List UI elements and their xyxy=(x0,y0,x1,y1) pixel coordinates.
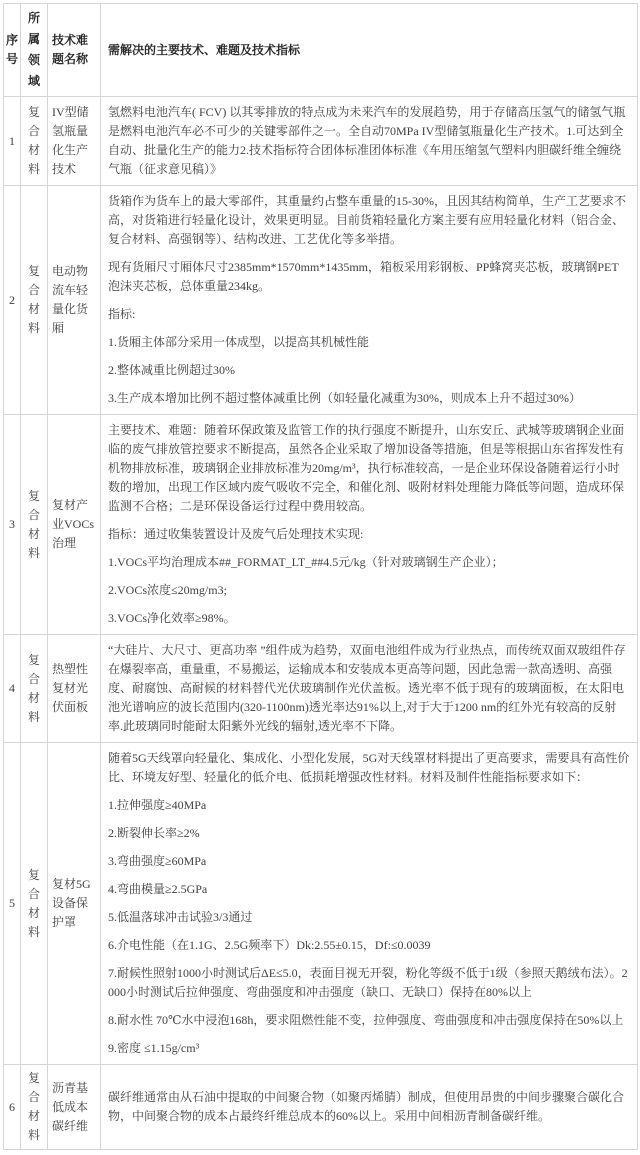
table-row-1: 1 复合材料 IV型储氢瓶量化生产技术 氢燃料电池汽车( FCV) 以其零排放的… xyxy=(4,97,638,186)
technical-difficulties-table: 序号 所属领域 技术难题名称 需解决的主要技术、难题及技术指标 1 复合材料 I… xyxy=(3,3,638,1150)
header-serial-number: 序号 xyxy=(4,4,21,97)
table-row-4: 4 复合材料 热塑性复材光伏面板 “大硅片、大尺寸、更高功率 ”组件成为趋势，双… xyxy=(4,635,638,743)
table-row-3: 3 复合材料 复材产业VOCs治理 主要技术、难题：随着环保政策及监管工作的执行… xyxy=(4,415,638,635)
paragraph: 6.介电性能（在1.1G、2.5G频率下）Dk:2.55±0.15，Df:≤0.… xyxy=(108,936,630,955)
paragraph: 氢燃料电池汽车( FCV) 以其零排放的特点成为未来汽车的发展趋势，用于存储高压… xyxy=(108,103,630,179)
paragraph: 2.整体减重比例超过30% xyxy=(108,361,630,380)
table-header-row: 序号 所属领域 技术难题名称 需解决的主要技术、难题及技术指标 xyxy=(4,4,638,97)
table-row-6: 6 复合材料 沥青基低成本碳纤维 碳纤维通常由从石油中提取的中间聚合物（如聚丙烯… xyxy=(4,1065,638,1150)
serial-number-cell: 4 xyxy=(4,635,21,743)
requirements-cell: 主要技术、难题：随着环保政策及监管工作的执行强度不断提升，山东安丘、武城等玻璃钢… xyxy=(101,415,638,635)
requirements-cell: 氢燃料电池汽车( FCV) 以其零排放的特点成为未来汽车的发展趋势，用于存储高压… xyxy=(101,97,638,186)
serial-number-cell: 2 xyxy=(4,186,21,415)
field-cell: 复合材料 xyxy=(21,415,48,635)
document-page: 序号 所属领域 技术难题名称 需解决的主要技术、难题及技术指标 1 复合材料 I… xyxy=(0,0,640,1155)
field-cell: 复合材料 xyxy=(21,635,48,743)
paragraph: 随着5G天线罩向轻量化、集成化、小型化发展，5G对天线罩材料提出了更高要求，需要… xyxy=(108,749,630,787)
serial-number-cell: 3 xyxy=(4,415,21,635)
paragraph: 8.耐水性 70℃水中浸泡168h，要求阻燃性能不变，拉伸强度、弯曲强度和冲击强… xyxy=(108,1011,630,1030)
paragraph: 货箱作为货车上的最大零部件，其重量约占整车重量的15-30%，且因其结构简单，生… xyxy=(108,192,630,249)
topic-name-cell: IV型储氢瓶量化生产技术 xyxy=(48,97,101,186)
paragraph: 3.生产成本增加比例不超过整体减重比例（如轻量化减重为30%，则成本上升不超过3… xyxy=(108,389,630,408)
requirements-cell: 随着5G天线罩向轻量化、集成化、小型化发展，5G对天线罩材料提出了更高要求，需要… xyxy=(101,743,638,1065)
paragraph: 5.低温落球冲击试验3/3通过 xyxy=(108,908,630,927)
paragraph: 2.断裂伸长率≥2% xyxy=(108,824,630,843)
topic-name-cell: 热塑性复材光伏面板 xyxy=(48,635,101,743)
topic-name-cell: 复材5G设备保护罩 xyxy=(48,743,101,1065)
field-cell: 复合材料 xyxy=(21,1065,48,1150)
header-topic-name: 技术难题名称 xyxy=(48,4,101,97)
requirements-cell: 碳纤维通常由从石油中提取的中间聚合物（如聚丙烯腈）制成，但使用昂贵的中间步骤聚合… xyxy=(101,1065,638,1150)
paragraph: 9.密度 ≤1.15g/cm³ xyxy=(108,1039,630,1058)
paragraph: 1.货厢主体部分采用一体成型，以提高其机械性能 xyxy=(108,333,630,352)
paragraph: 主要技术、难题：随着环保政策及监管工作的执行强度不断提升，山东安丘、武城等玻璃钢… xyxy=(108,421,630,516)
paragraph: 3.VOCs净化效率≥98%。 xyxy=(108,609,630,628)
paragraph: 1.拉伸强度≥40MPa xyxy=(108,796,630,815)
serial-number-cell: 5 xyxy=(4,743,21,1065)
paragraph: 4.弯曲模量≥2.5GPa xyxy=(108,880,630,899)
header-field: 所属领域 xyxy=(21,4,48,97)
table-row-2: 2 复合材料 电动物流车轻量化货厢 货箱作为货车上的最大零部件，其重量约占整车重… xyxy=(4,186,638,415)
paragraph: 7.耐候性照射1000小时测试后ΔE≤5.0，表面目视无开裂，粉化等级不低于1级… xyxy=(108,964,630,1002)
requirements-cell: 货箱作为货车上的最大零部件，其重量约占整车重量的15-30%，且因其结构简单，生… xyxy=(101,186,638,415)
topic-name-cell: 复材产业VOCs治理 xyxy=(48,415,101,635)
field-cell: 复合材料 xyxy=(21,97,48,186)
topic-name-cell: 电动物流车轻量化货厢 xyxy=(48,186,101,415)
header-requirements: 需解决的主要技术、难题及技术指标 xyxy=(101,4,638,97)
table-row-5: 5 复合材料 复材5G设备保护罩 随着5G天线罩向轻量化、集成化、小型化发展，5… xyxy=(4,743,638,1065)
topic-name-cell: 沥青基低成本碳纤维 xyxy=(48,1065,101,1150)
paragraph: 2.VOCs浓度≤20mg/m3; xyxy=(108,581,630,600)
paragraph: 碳纤维通常由从石油中提取的中间聚合物（如聚丙烯腈）制成，但使用昂贵的中间步骤聚合… xyxy=(108,1088,630,1126)
paragraph: 1.VOCs平均治理成本##_FORMAT_LT_##4.5元/kg（针对玻璃钢… xyxy=(108,553,630,572)
serial-number-cell: 6 xyxy=(4,1065,21,1150)
paragraph: “大硅片、大尺寸、更高功率 ”组件成为趋势，双面电池组件成为行业热点，而传统双面… xyxy=(108,641,630,736)
paragraph: 现有货厢尺寸厢体尺寸2385mm*1570mm*1435mm，箱板采用彩钢板、P… xyxy=(108,258,630,296)
field-cell: 复合材料 xyxy=(21,186,48,415)
requirements-cell: “大硅片、大尺寸、更高功率 ”组件成为趋势，双面电池组件成为行业热点，而传统双面… xyxy=(101,635,638,743)
field-cell: 复合材料 xyxy=(21,743,48,1065)
paragraph: 指标：通过收集装置设计及废气后处理技术实现: xyxy=(108,525,630,544)
paragraph: 指标: xyxy=(108,305,630,324)
serial-number-cell: 1 xyxy=(4,97,21,186)
paragraph: 3.弯曲强度≥60MPa xyxy=(108,852,630,871)
